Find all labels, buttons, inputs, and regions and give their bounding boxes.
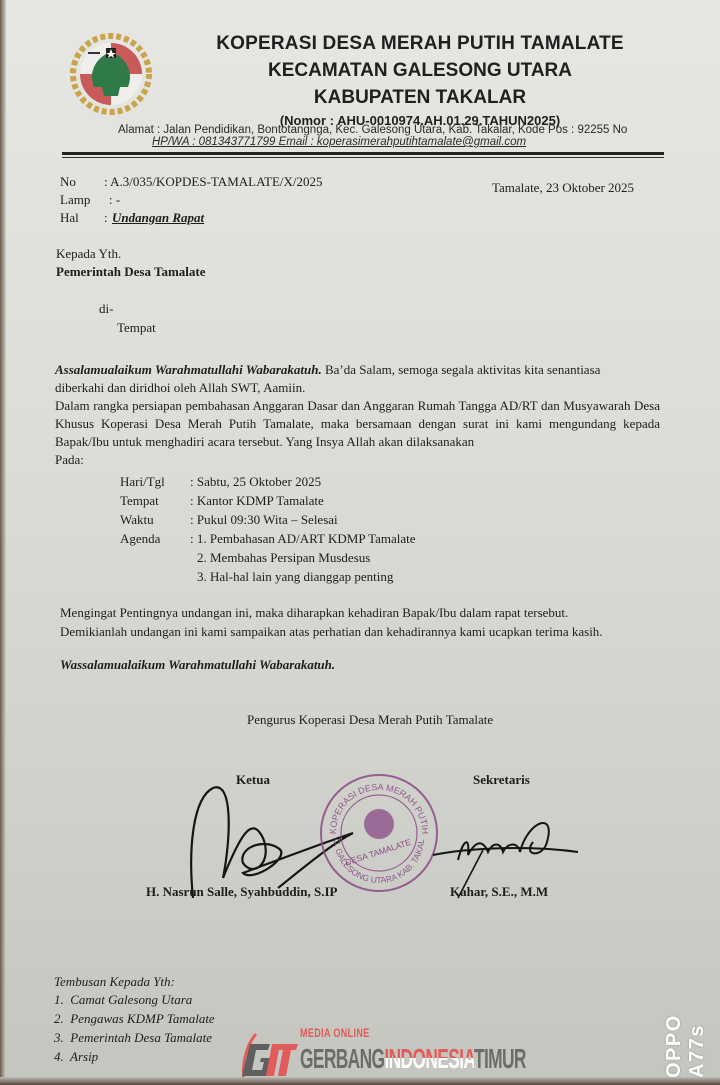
letterhead: KOPERASI DESA MERAH PUTIH TAMALATE KECAM…	[190, 30, 650, 131]
lamp-value: : -	[109, 192, 120, 208]
agenda-item-3: 3. Hal-hal lain yang dianggap penting	[197, 569, 393, 585]
cooperative-stamp: KOPERASI DESA MERAH PUTIH KEC. GALESONG …	[318, 772, 440, 894]
contact-line: HP/WA : 081343771799 Email : koperasimer…	[118, 136, 658, 148]
hal-colon: :	[104, 210, 108, 226]
body-text-last: Pada:	[55, 452, 84, 467]
place-date: Tamalate, 23 Oktober 2025	[492, 180, 634, 196]
opening-salam: Assalamualaikum Warahmatullahi Wabarakat…	[55, 362, 322, 377]
photo-edge-bottom	[0, 1077, 720, 1085]
watermark-word-3: TIMUR	[474, 1043, 526, 1074]
greeting: Kepada Yth.	[56, 246, 121, 262]
cooperative-emblem-icon	[66, 32, 156, 116]
closing-salam: Wassalamualaikum Warahmatullahi Wabaraka…	[60, 657, 335, 673]
detail-label: Waktu	[120, 512, 154, 528]
cc-item: 2. Pengawas KDMP Tamalate	[54, 1011, 215, 1027]
header-rule-thin	[62, 157, 664, 158]
cc-item: 4. Arsip	[54, 1049, 98, 1065]
detail-value: : Kantor KDMP Tamalate	[190, 493, 324, 509]
watermark-tag: MEDIA ONLINE	[300, 1026, 370, 1040]
lamp-label: Lamp	[60, 192, 90, 208]
chair-name: H. Nasrun Salle, Syahbuddin, S.IP	[146, 884, 337, 900]
header-rule-thick	[62, 152, 664, 155]
closing-line-1: Mengingat Pentingnya undangan ini, maka …	[60, 605, 568, 621]
secretary-name: Kahar, S.E., M.M	[450, 884, 548, 900]
subject: Undangan Rapat	[112, 210, 204, 226]
hal-label: Hal	[60, 210, 79, 226]
cc-item: 1. Camat Galesong Utara	[54, 992, 192, 1008]
agenda-item-2: 2. Membahas Persipan Musdesus	[197, 550, 370, 566]
detail-value: : Sabtu, 25 Oktober 2025	[190, 474, 321, 490]
body-text: Dalam rangka persiapan pembahasan Anggar…	[55, 398, 660, 449]
opening-paragraph: Assalamualaikum Warahmatullahi Wabarakat…	[55, 361, 660, 397]
district-name: KECAMATAN GALESONG UTARA	[190, 57, 650, 84]
watermark-brand: GERBANGINDONESIATIMUR	[300, 1043, 526, 1075]
secretary-title: Sekretaris	[473, 772, 530, 788]
opening-cont: Ba’da Salam, semoga segala aktivitas kit…	[322, 362, 601, 377]
recipient-di: di-	[99, 301, 113, 317]
recipient-place: Tempat	[117, 320, 156, 336]
git-logo-icon	[236, 1020, 300, 1082]
address-line: Alamat : Jalan Pendidikan, Bontotangnga,…	[118, 124, 658, 136]
detail-value: : 1. Pembahasan AD/ART KDMP Tamalate	[190, 531, 416, 547]
cc-item: 3. Pemerintah Desa Tamalate	[54, 1030, 212, 1046]
cc-title: Tembusan Kepada Yth:	[54, 974, 175, 990]
address-block: Alamat : Jalan Pendidikan, Bontotangnga,…	[118, 124, 658, 148]
no-value: : A.3/035/KOPDES-TAMALATE/X/2025	[104, 174, 323, 190]
recipient-name: Pemerintah Desa Tamalate	[56, 264, 205, 280]
watermark-word-2: INDONESIA	[384, 1043, 474, 1074]
opening-line2: diberkahi dan diridhoi oleh Allah SWT, A…	[55, 380, 305, 395]
closing-line-2: Demikianlah undangan ini kami sampaikan …	[60, 624, 603, 640]
camera-watermark: OPPO A77s	[663, 1014, 709, 1078]
regency-name: KABUPATEN TAKALAR	[190, 84, 650, 111]
org-name: KOPERASI DESA MERAH PUTIH TAMALATE	[190, 30, 650, 57]
body-paragraph: Dalam rangka persiapan pembahasan Anggar…	[55, 397, 660, 469]
board-name: Pengurus Koperasi Desa Merah Putih Tamal…	[247, 712, 493, 728]
detail-label: Agenda	[120, 531, 160, 547]
detail-label: Hari/Tgl	[120, 474, 165, 490]
photo-edge-left	[0, 0, 6, 1085]
detail-value: : Pukul 09:30 Wita – Selesai	[190, 512, 338, 528]
no-label: No	[60, 174, 76, 190]
detail-label: Tempat	[120, 493, 159, 509]
watermark-word-1: GERBANG	[300, 1043, 384, 1074]
